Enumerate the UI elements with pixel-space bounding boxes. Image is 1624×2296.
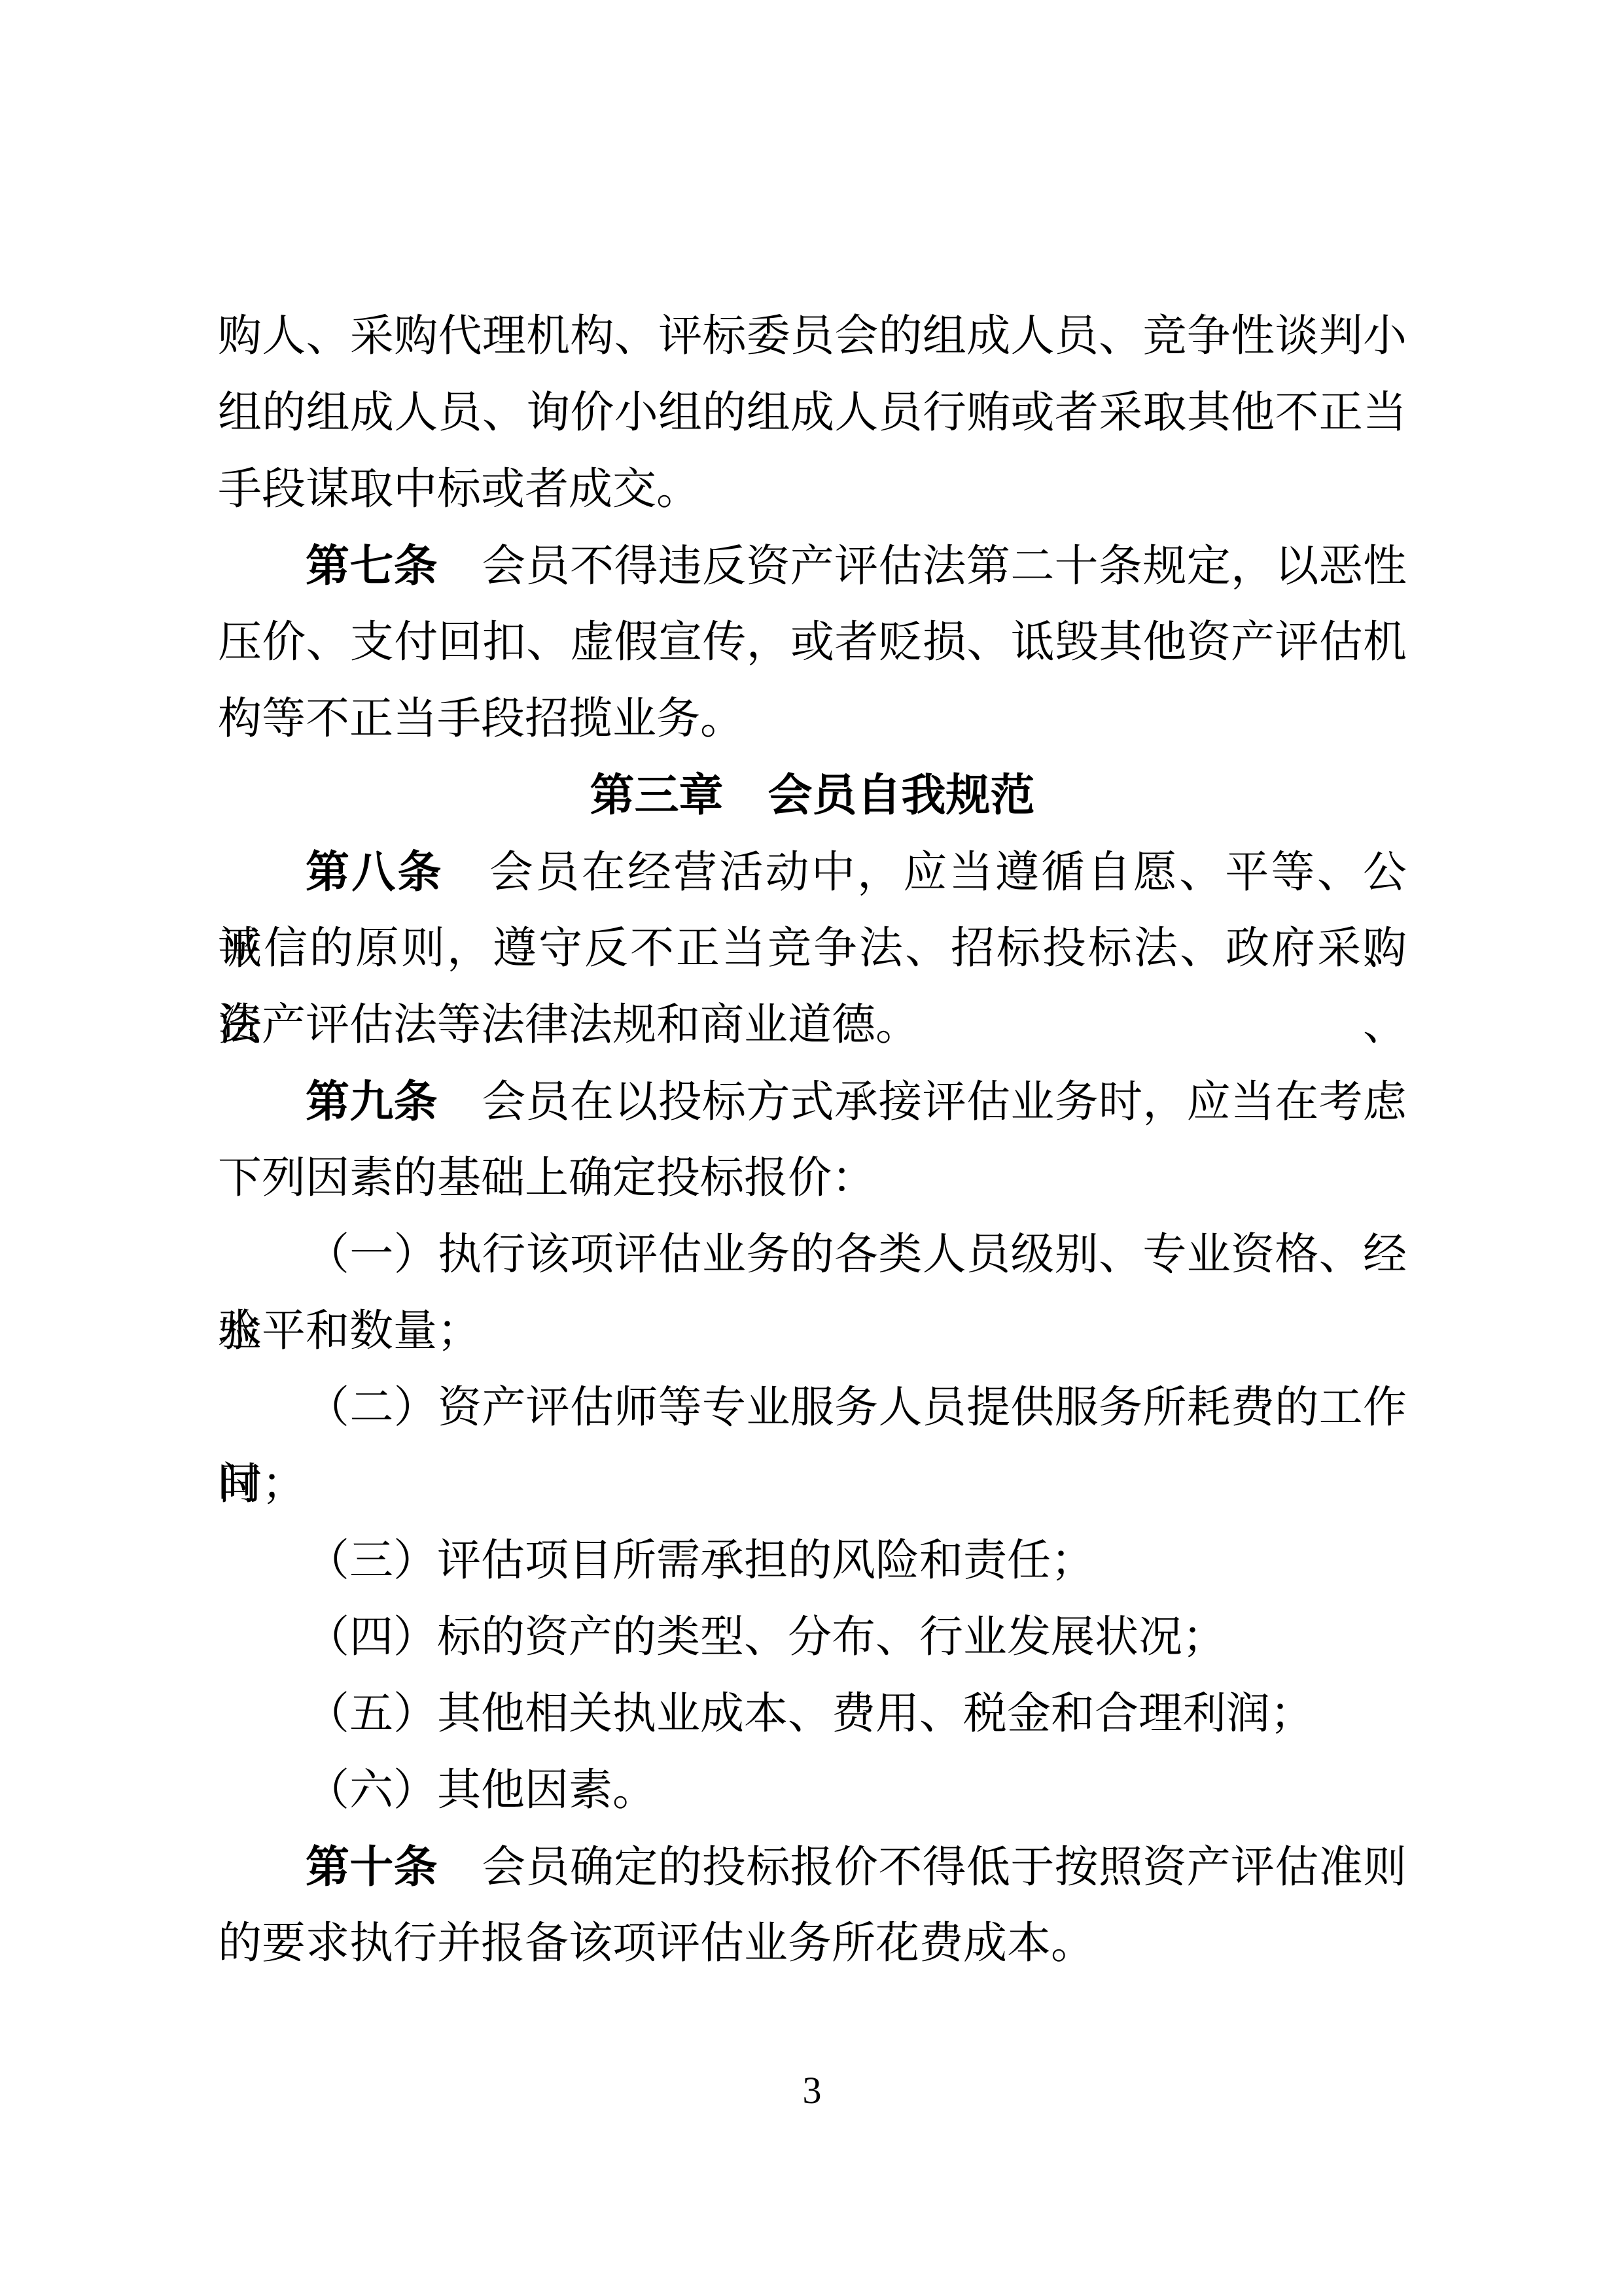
document-line: （二）资产评估师等专业服务人员提供服务所耗费的工作时 — [218, 1370, 1407, 1446]
line-text: 第三章 会员自我规范 — [590, 771, 1034, 820]
article-number: 第七条 — [306, 542, 438, 591]
document-line: 间； — [218, 1446, 1407, 1523]
document-line: 购人、采购代理机构、评标委员会的组成人员、竞争性谈判小 — [218, 298, 1407, 375]
document-line: 水平和数量； — [218, 1293, 1407, 1370]
article-number: 第九条 — [306, 1077, 438, 1126]
line-text: 会员确定的投标报价不得低于按照资产评估准则 — [438, 1843, 1407, 1892]
line-text: 间； — [218, 1460, 306, 1508]
line-text: 手段谋取中标或者成交。 — [218, 465, 700, 513]
document-line: 第九条 会员在以投标方式承接评估业务时，应当在考虑 — [218, 1064, 1407, 1140]
line-text: （六）其他因素。 — [306, 1766, 656, 1815]
document-line: 压价、支付回扣、虚假宣传，或者贬损、诋毁其他资产评估机 — [218, 604, 1407, 681]
line-text: 的要求执行并报备该项评估业务所花费成本。 — [218, 1919, 1095, 1968]
line-text: 会员不得违反资产评估法第二十条规定，以恶性 — [438, 542, 1407, 591]
line-text: （四）标的资产的类型、分布、行业发展状况； — [306, 1613, 1226, 1661]
document-line: 第七条 会员不得违反资产评估法第二十条规定，以恶性 — [218, 528, 1407, 604]
text-block: 购人、采购代理机构、评标委员会的组成人员、竞争性谈判小组的组成人员、询价小组的组… — [218, 298, 1407, 1982]
line-text: （五）其他相关执业成本、费用、税金和合理利润； — [306, 1690, 1314, 1738]
article-number: 第十条 — [306, 1843, 438, 1892]
line-text: 会员在以投标方式承接评估业务时，应当在考虑 — [438, 1078, 1407, 1126]
document-line: （一）执行该项评估业务的各类人员级别、专业资格、经验 — [218, 1217, 1407, 1293]
document-line: 下列因素的基础上确定投标报价： — [218, 1140, 1407, 1217]
document-line: 第十条 会员确定的投标报价不得低于按照资产评估准则 — [218, 1829, 1407, 1905]
line-text: 资产评估法等法律法规和商业道德。 — [218, 1001, 919, 1049]
document-line: 诚信的原则，遵守反不正当竞争法、招标投标法、政府采购法、 — [218, 911, 1407, 987]
page-number: 3 — [0, 2067, 1624, 2114]
article-number: 第八条 — [306, 848, 444, 897]
document-line: （六）其他因素。 — [218, 1752, 1407, 1829]
page: 购人、采购代理机构、评标委员会的组成人员、竞争性谈判小组的组成人员、询价小组的组… — [0, 0, 1624, 2296]
line-text: 下列因素的基础上确定投标报价： — [218, 1154, 875, 1202]
line-text: 购人、采购代理机构、评标委员会的组成人员、竞争性谈判小 — [218, 312, 1407, 360]
document-line: 手段谋取中标或者成交。 — [218, 451, 1407, 528]
document-line: （五）其他相关执业成本、费用、税金和合理利润； — [218, 1676, 1407, 1752]
line-text: 水平和数量； — [218, 1307, 481, 1355]
line-text: 组的组成人员、询价小组的组成人员行贿或者采取其他不正当 — [218, 389, 1407, 437]
document-line: 构等不正当手段招揽业务。 — [218, 681, 1407, 757]
document-line: （三）评估项目所需承担的风险和责任； — [218, 1523, 1407, 1599]
document-line: 的要求执行并报备该项评估业务所花费成本。 — [218, 1905, 1407, 1982]
document-line: （四）标的资产的类型、分布、行业发展状况； — [218, 1599, 1407, 1676]
document-line: 组的组成人员、询价小组的组成人员行贿或者采取其他不正当 — [218, 375, 1407, 451]
line-text: 构等不正当手段招揽业务。 — [218, 695, 744, 743]
line-text: （三）评估项目所需承担的风险和责任； — [306, 1537, 1095, 1585]
document-line: 第八条 会员在经营活动中，应当遵循自愿、平等、公平、 — [218, 834, 1407, 911]
line-text: 压价、支付回扣、虚假宣传，或者贬损、诋毁其他资产评估机 — [218, 618, 1407, 667]
chapter-heading: 第三章 会员自我规范 — [218, 757, 1407, 834]
